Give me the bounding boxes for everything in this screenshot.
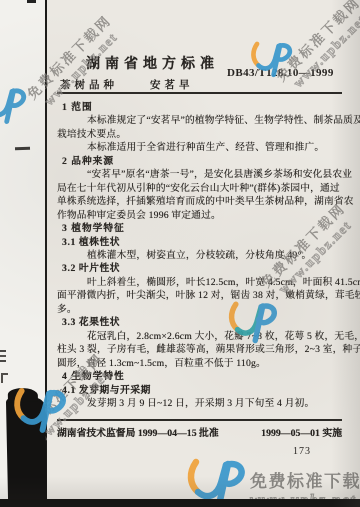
body-text: 1 范围 本标准规定了“安茗早”的植物学特征、生物学特性、制茶品质及 栽培技术要… [57,101,349,410]
footer: 湖南省技术监督局 1999—04—15 批准 1999—05—01 实施 [57,425,342,439]
text-line: 作物品种审定委员会 1996 审定通过。 [57,209,349,222]
text-line: 多。 [57,303,349,316]
text-line: 柱头 3 裂，子房有毛，雌雄蕊等高，蒴果肾形或三角形，2~3 室，种子 [57,343,349,356]
header-rule [57,92,342,94]
text-line: 植株灌木型，树姿直立，分枝较疏，分枝角度 49°。 [57,249,349,262]
text-line: 栽培技术要点。 [57,128,349,141]
implementation-note: 1999—05—01 实施 [261,425,342,439]
scanned-standard-page: 免费标准下载网 www.upbz.net 免费标准下载网 www.upbz.ne… [0,0,360,507]
page-number: 173 [293,446,311,457]
text-line: 单株系统选择，扦插繁殖培育而成的中叶类早生茶树品种，湖南省农 [57,195,349,208]
section-heading: 1 范围 [57,101,349,114]
document-content: 湖南省地方标准 DB43/T128.10—1999 茶树品种 安茗早 1 范围 … [0,0,360,507]
approval-note: 湖南省技术监督局 1999—04—15 批准 [57,425,219,439]
scan-shadow-blob [6,398,47,503]
footer-rule [57,419,342,421]
text-line: 发芽期 3 月 9 日~12 日，开采期 3 月下旬至 4 月初。 [57,397,349,410]
standard-title: 湖南省地方标准 [86,53,219,73]
variety-name: 安茗早 [150,77,194,92]
section-heading: 4 生物学特性 [57,370,349,383]
subsection-heading: 3.3 花果性状 [57,316,349,329]
subsection-heading: 4.1 发芽期与开采期 [57,384,349,397]
text-line: “安茗早”原名“唐茶一号”，是安化县唐溪乡茶场和安化县农业 [57,168,349,181]
text-line: 花冠乳白，2.8cm×2.6cm 大小，花瓣 7~8 枚，花萼 5 枚，无毛， [57,330,349,343]
section-heading: 2 品种来源 [57,155,349,168]
text-line: 面平滑微内折，叶尖渐尖，叶脉 12 对，锯齿 38 对，嫩梢黄绿，茸毛较 [57,289,349,302]
standard-number: DB43/T128.10—1999 [227,67,334,79]
scan-bottom-band [0,499,360,507]
subsection-heading: 3.1 植株性状 [57,236,349,249]
subsection-heading: 3.2 叶片性状 [57,262,349,275]
document-subject: 茶树品种 [60,77,118,92]
text-line: 本标准适用于全省进行种苗生产、经营、管理和推广。 [57,141,349,154]
text-line: 本标准规定了“安茗早”的植物学特征、生物学特性、制茶品质及 [57,114,349,127]
text-line: 局在七十年代初从引种的“安化云台山大叶种”(群体)茶园中，通过 [57,182,349,195]
text-line: 圆形，直径 1.3cm~1.5cm，百粒重不低于 110g。 [57,357,349,370]
text-line: 叶上斜着生，椭圆形，叶长12.5cm，叶宽 4.5cm，叶面积 41.5cm²，… [57,276,349,289]
section-heading: 3 植物学特征 [57,222,349,235]
